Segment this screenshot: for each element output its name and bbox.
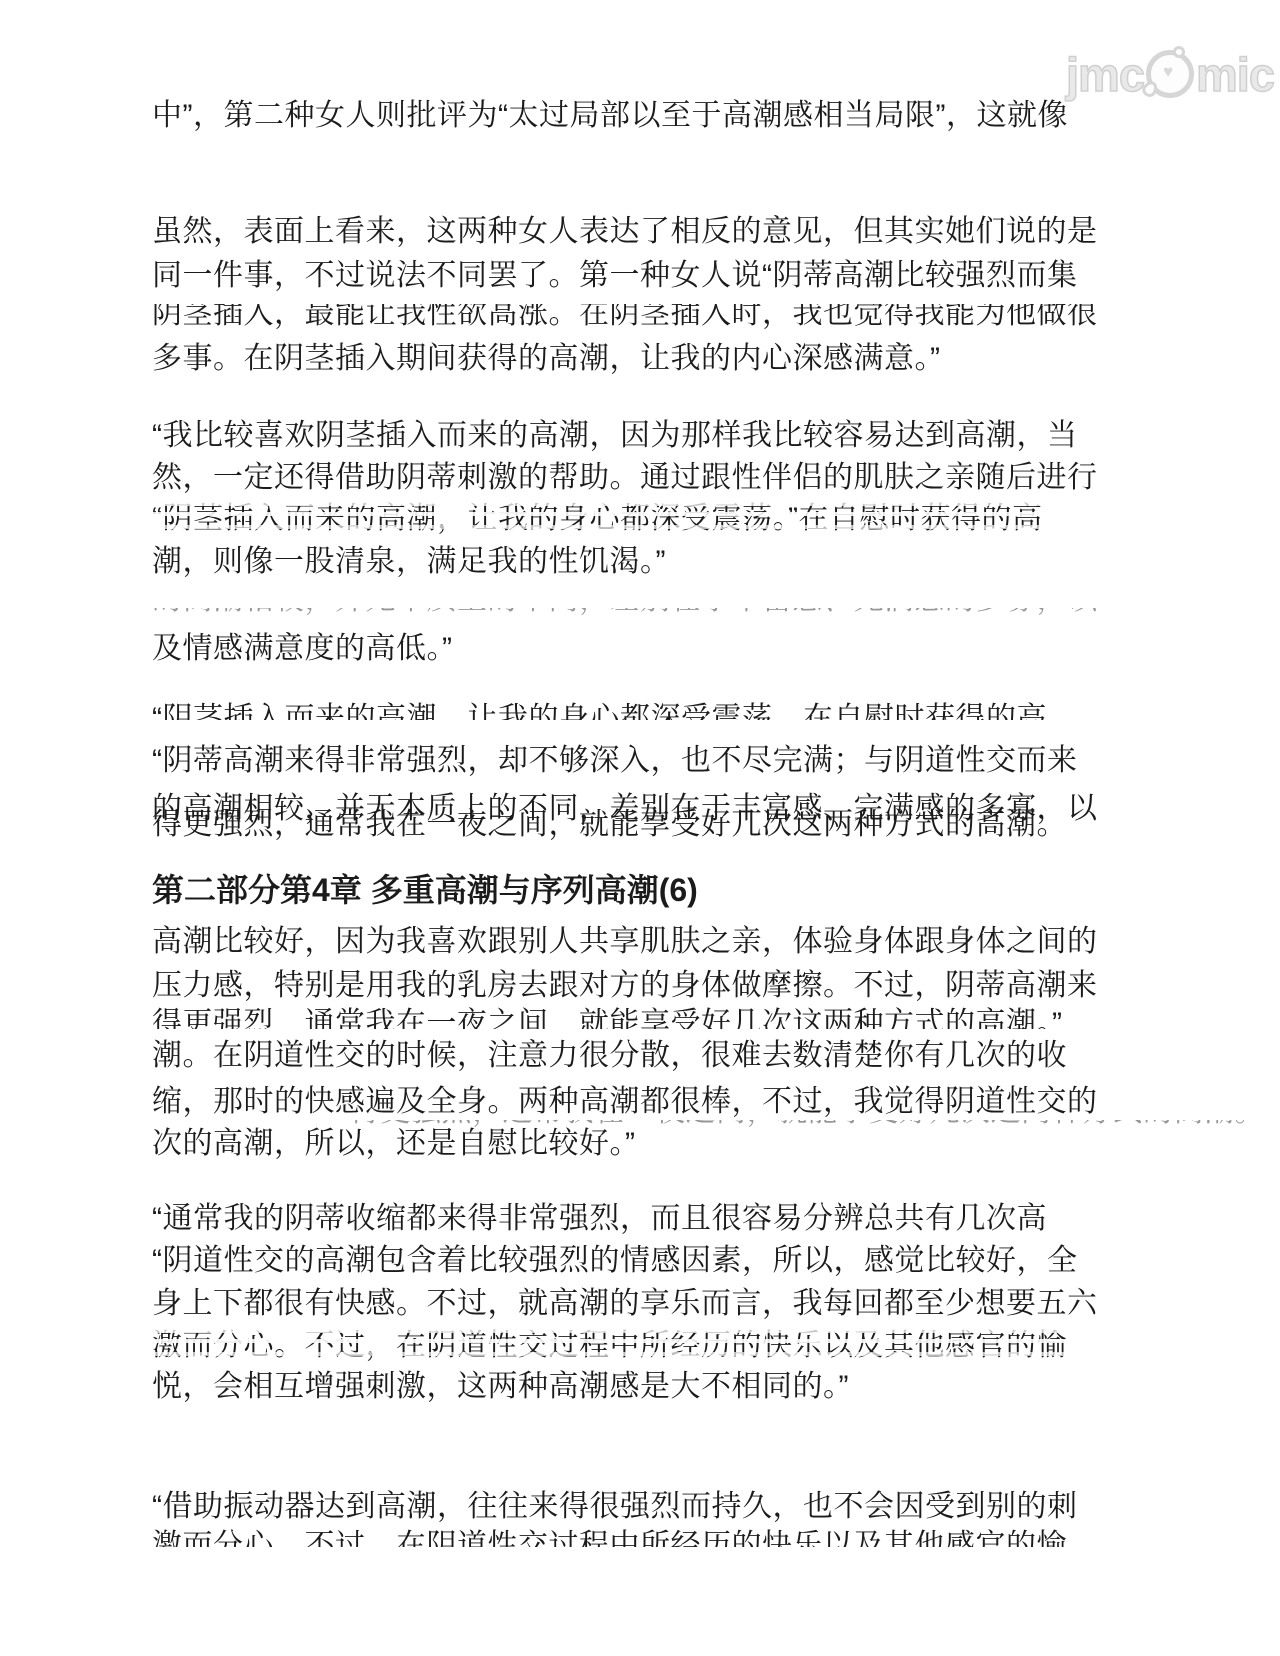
text-line: 潮，则像一股清泉，满足我的性饥渴。”	[152, 544, 666, 580]
text-line: 阴茎插入，最能让我性欲高涨。在阴茎插入时，我也觉得我能为他做很	[152, 296, 1098, 332]
text-line: “借助振动器达到高潮，往往来得很强烈而持久，也不会因受到别的刺	[152, 1489, 1078, 1525]
text-line: 身上下都很有快感。不过，就高潮的享乐而言，我每回都至少想要五六	[152, 1286, 1098, 1322]
text-line: 次的高潮，所以，还是自慰比较好。”	[152, 1126, 636, 1162]
text-line: “通常我的阴蒂收缩都来得非常强烈，而且很容易分辨总共有几次高	[152, 1201, 1047, 1237]
text-line: 得更强烈，通常我在一夜之间，就能享受好几次这两种方式的高潮。	[152, 807, 1067, 843]
text-line: “我比较喜欢阴茎插入而来的高潮，因为那样我比较容易达到高潮，当	[152, 418, 1078, 454]
text-line: 潮。在阴道性交的时候，注意力很分散，很难去数清楚你有几次的收	[152, 1038, 1067, 1074]
watermark-suffix: mic	[1196, 51, 1274, 98]
text-line: 激而分心。不过，在阴道性交过程中所经历的快乐以及其他感官的愉	[152, 1528, 1067, 1564]
text-line: 的高潮相较，并无本质上的不同，差别在于丰富感、完满感的多寡，以	[152, 582, 1098, 618]
text-line: 及情感满意度的高低。”	[152, 631, 453, 667]
jmcomic-watermark: jmc ♥ mic	[1066, 50, 1274, 98]
text-line: 压力感，特别是用我的乳房去跟对方的身体做摩擦。不过，阴蒂高潮来	[152, 968, 1098, 1004]
text-line: “阴茎插入而来的高潮，让我的身心都深受震荡。”在自慰时获得的高	[152, 501, 1042, 537]
heart-icon: ♥	[1163, 63, 1173, 80]
text-line: 悦，会相互增强刺激，这两种高潮感是大不相同的。”	[152, 1369, 849, 1405]
text-line: 高潮比较好，因为我喜欢跟别人共享肌肤之亲，体验身体跟身体之间的	[152, 924, 1098, 960]
bird-logo-icon: ♥	[1146, 50, 1194, 98]
bird-topknot-icon	[1173, 46, 1185, 58]
text-line: 虽然，表面上看来，这两种女人表达了相反的意见，但其实她们说的是	[152, 214, 1098, 250]
text-line: 缩，那时的快感遍及全身。两种高潮都很棒，不过，我觉得阴道性交的	[152, 1084, 1098, 1120]
text-line: “阴茎插入而来的高潮，让我的身心都深受震荡，在自慰时获得的高	[152, 701, 1047, 737]
text-line: 激而分心。不过，在阴道性交过程中所经历的快乐以及其他感官的愉	[152, 1328, 1067, 1364]
section-heading: 第二部分第4章 多重高潮与序列高潮(6)	[152, 872, 698, 908]
text-line: 得更强烈，通常我在一夜之间，就能享受好几次这两种方式的高潮。”	[152, 1006, 1063, 1042]
text-line: “阴蒂高潮来得非常强烈，却不够深入，也不尽完满；与阴道性交而来	[152, 743, 1078, 779]
text-line: 中”，第二种女人则批评为“太过局部以至于高潮感相当局限”，这就像	[152, 98, 1068, 134]
text-line: “阴道性交的高潮包含着比较强烈的情感因素，所以，感觉比较好，全	[152, 1243, 1078, 1279]
watermark-prefix: jmc	[1066, 51, 1144, 98]
text-line: 同一件事，不过说法不同罢了。第一种女人说“阴蒂高潮比较强烈而集	[152, 258, 1078, 294]
text-line: 然，一定还得借助阴蒂刺激的帮助。通过跟性伴侣的肌肤之亲随后进行	[152, 460, 1098, 496]
text-line: 多事。在阴茎插入期间获得的高潮，让我的内心深感满意。”	[152, 341, 941, 377]
page-container: jmc ♥ mic 中”，第二种女人则批评为“太过局部以至于高潮感相当局限”，这…	[0, 0, 1280, 1656]
